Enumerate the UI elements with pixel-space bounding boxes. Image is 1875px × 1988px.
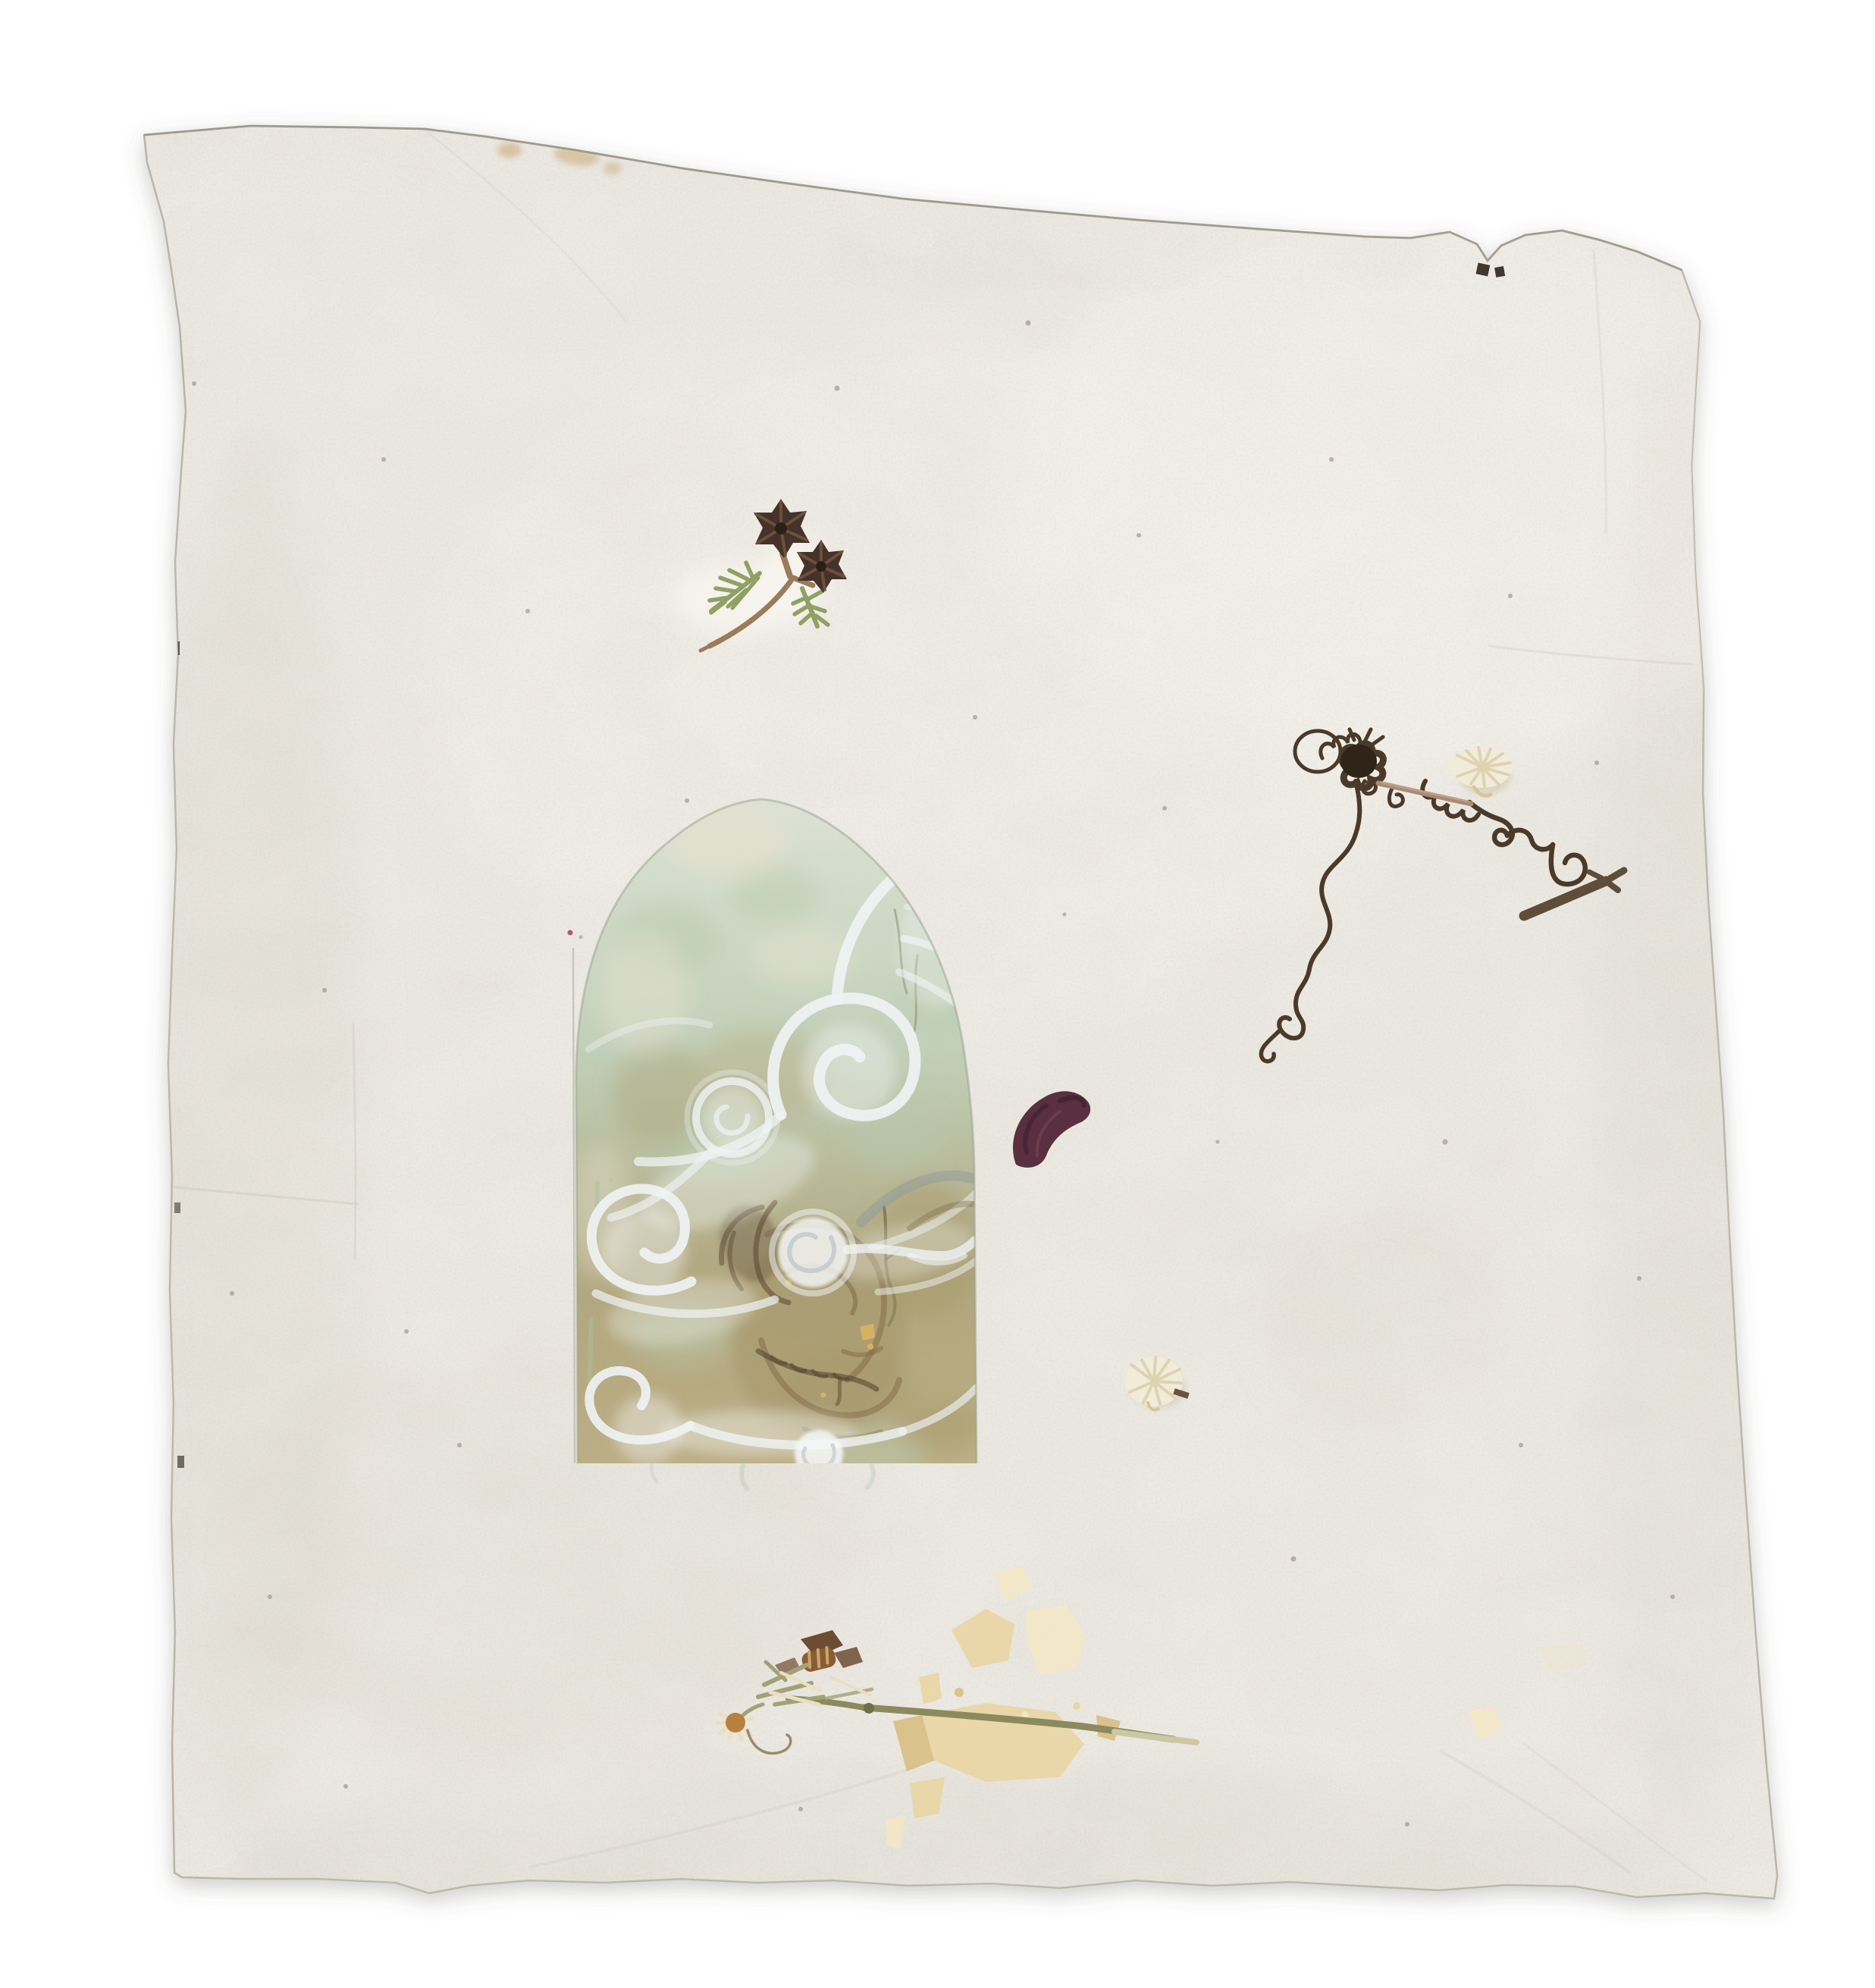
paper-fleck xyxy=(268,1594,272,1599)
edge-nick xyxy=(174,1203,180,1213)
paper-fleck xyxy=(1063,913,1067,917)
paper-fleck xyxy=(525,609,530,613)
paper-fleck xyxy=(343,1784,348,1789)
paper-fleck xyxy=(1216,1140,1220,1144)
paper-fleck xyxy=(835,386,840,391)
artwork-photo xyxy=(0,0,1875,1988)
red-fleck xyxy=(568,930,573,936)
paper-fleck xyxy=(192,381,196,386)
gold-fleck xyxy=(821,1393,826,1398)
paper-fleck xyxy=(798,1807,803,1811)
paper-fleck xyxy=(1137,533,1141,538)
paper-fleck xyxy=(685,798,689,803)
debris-chip xyxy=(1494,266,1505,278)
paper-fleck xyxy=(457,1443,462,1447)
paper-sheet xyxy=(136,99,1797,1964)
paper-fleck xyxy=(1162,806,1167,811)
artwork-canvas xyxy=(0,0,1875,1988)
paper-surface xyxy=(136,99,1797,1964)
paper-fleck xyxy=(1519,1443,1523,1447)
paper-fleck xyxy=(322,988,327,992)
paper-fleck xyxy=(1637,1276,1641,1281)
gold-speck xyxy=(955,1688,964,1697)
paper-fleck xyxy=(1670,1594,1675,1599)
paper-fleck xyxy=(230,1291,234,1296)
gold-fleck xyxy=(867,1344,873,1350)
stem-node xyxy=(864,1703,874,1714)
paper-fleck xyxy=(404,1329,409,1334)
edge-nick xyxy=(177,1456,184,1468)
paper-fleck xyxy=(973,715,977,720)
paper-fleck xyxy=(579,936,583,939)
paper-fleck xyxy=(1026,321,1031,326)
paper-fleck xyxy=(1594,760,1599,765)
paper-fleck xyxy=(381,457,386,462)
gold-speck xyxy=(1073,1702,1080,1710)
paper-fleck xyxy=(1443,1140,1448,1145)
paper-fleck xyxy=(1329,457,1334,462)
wire-knot-core xyxy=(1340,745,1377,778)
paper-fleck xyxy=(1405,1822,1409,1827)
paper-fleck xyxy=(1291,1557,1297,1562)
eye-orb xyxy=(772,1212,854,1293)
paper-fleck xyxy=(1508,594,1513,598)
